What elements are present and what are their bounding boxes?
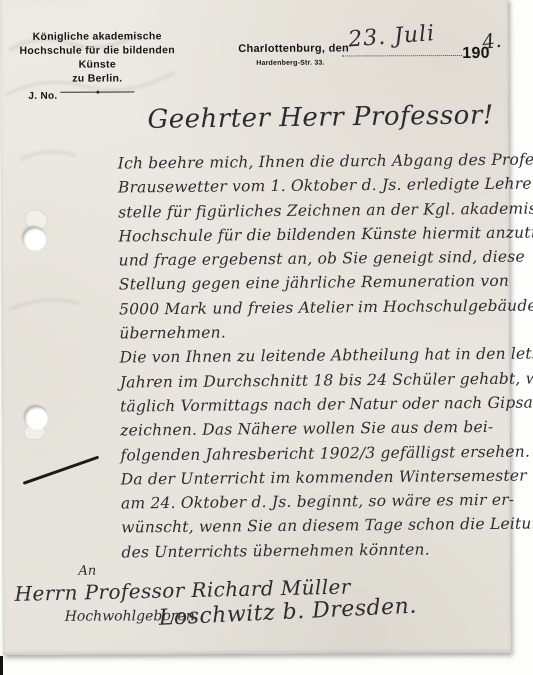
handwritten-line: Jahren im Durchschnitt 18 bis 24 Schüler…	[120, 366, 512, 394]
handwritten-line: Stellung gegen eine jährliche Remunerati…	[119, 269, 511, 297]
place-date-label: Charlottenburg, den	[238, 42, 349, 54]
institution-line-1: Königliche akademische	[2, 29, 192, 44]
handwritten-line: übernehmen.	[119, 318, 511, 346]
letter-paper: Königliche akademische Hochschule für di…	[0, 0, 511, 655]
institution-line-2: Hochschule für die bildenden Künste	[2, 43, 192, 72]
handwritten-line: Da der Unterricht im kommenden Wintersem…	[121, 464, 513, 492]
handwritten-line: zeichnen. Das Nähere wollen Sie aus dem …	[120, 415, 512, 443]
handwritten-line: Hochschule für die bildenden Künste hier…	[118, 221, 510, 249]
handwritten-line: wünscht, wenn Sie an diesem Tage schon d…	[121, 512, 513, 540]
journal-number-label: J. No.	[28, 91, 57, 102]
handwritten-line: stelle für figürliches Zeichnen an der K…	[118, 196, 510, 224]
institution-line-3: zu Berlin.	[2, 71, 192, 86]
hole-punch	[25, 407, 48, 430]
salutation: Geehrter Herr Professor!	[147, 100, 494, 135]
divider-dot	[96, 91, 99, 94]
scanned-letter: Königliche akademische Hochschule für di…	[0, 0, 533, 675]
handwritten-line: Brausewetter vom 1. Oktober d. Js. erled…	[118, 172, 510, 200]
handwritten-line: Ich beehre mich, Ihnen die durch Abgang …	[118, 148, 510, 176]
handwritten-year-digit: 4.	[481, 28, 503, 54]
address-prefix: An	[78, 564, 96, 579]
handwritten-line: 5000 Mark und freies Atelier im Hochschu…	[119, 294, 511, 322]
handwritten-date: 23. Juli	[347, 21, 436, 52]
handwritten-line: und frage ergebenst an, ob Sie geneigt s…	[119, 245, 511, 273]
handwritten-line: des Unterrichts übernehmen könnten.	[121, 536, 513, 564]
handwritten-line: folgenden Jahresbericht 1902/3 gefälligs…	[120, 439, 512, 467]
letterhead-divider	[60, 90, 134, 93]
letter-body: Ich beehre mich, Ihnen die durch Abgang …	[118, 148, 514, 565]
letterhead-date-block: Charlottenburg, den Hardenberg-Str. 33.	[238, 42, 349, 54]
scan-edge-artifact	[0, 656, 3, 675]
handwritten-line: täglich Vormittags nach der Natur oder n…	[120, 391, 512, 419]
letterhead-institution-block: Königliche akademische Hochschule für di…	[2, 29, 192, 94]
date-dotted-line	[342, 55, 462, 57]
hole-punch	[23, 228, 46, 251]
margin-pen-stroke	[23, 456, 99, 485]
handwritten-line: am 24. Oktober d. Js. beginnt, so wäre e…	[121, 488, 513, 516]
street-address: Hardenberg-Str. 33.	[256, 60, 324, 67]
handwritten-line: Die von Ihnen zu leitende Abtheilung hat…	[119, 342, 511, 370]
